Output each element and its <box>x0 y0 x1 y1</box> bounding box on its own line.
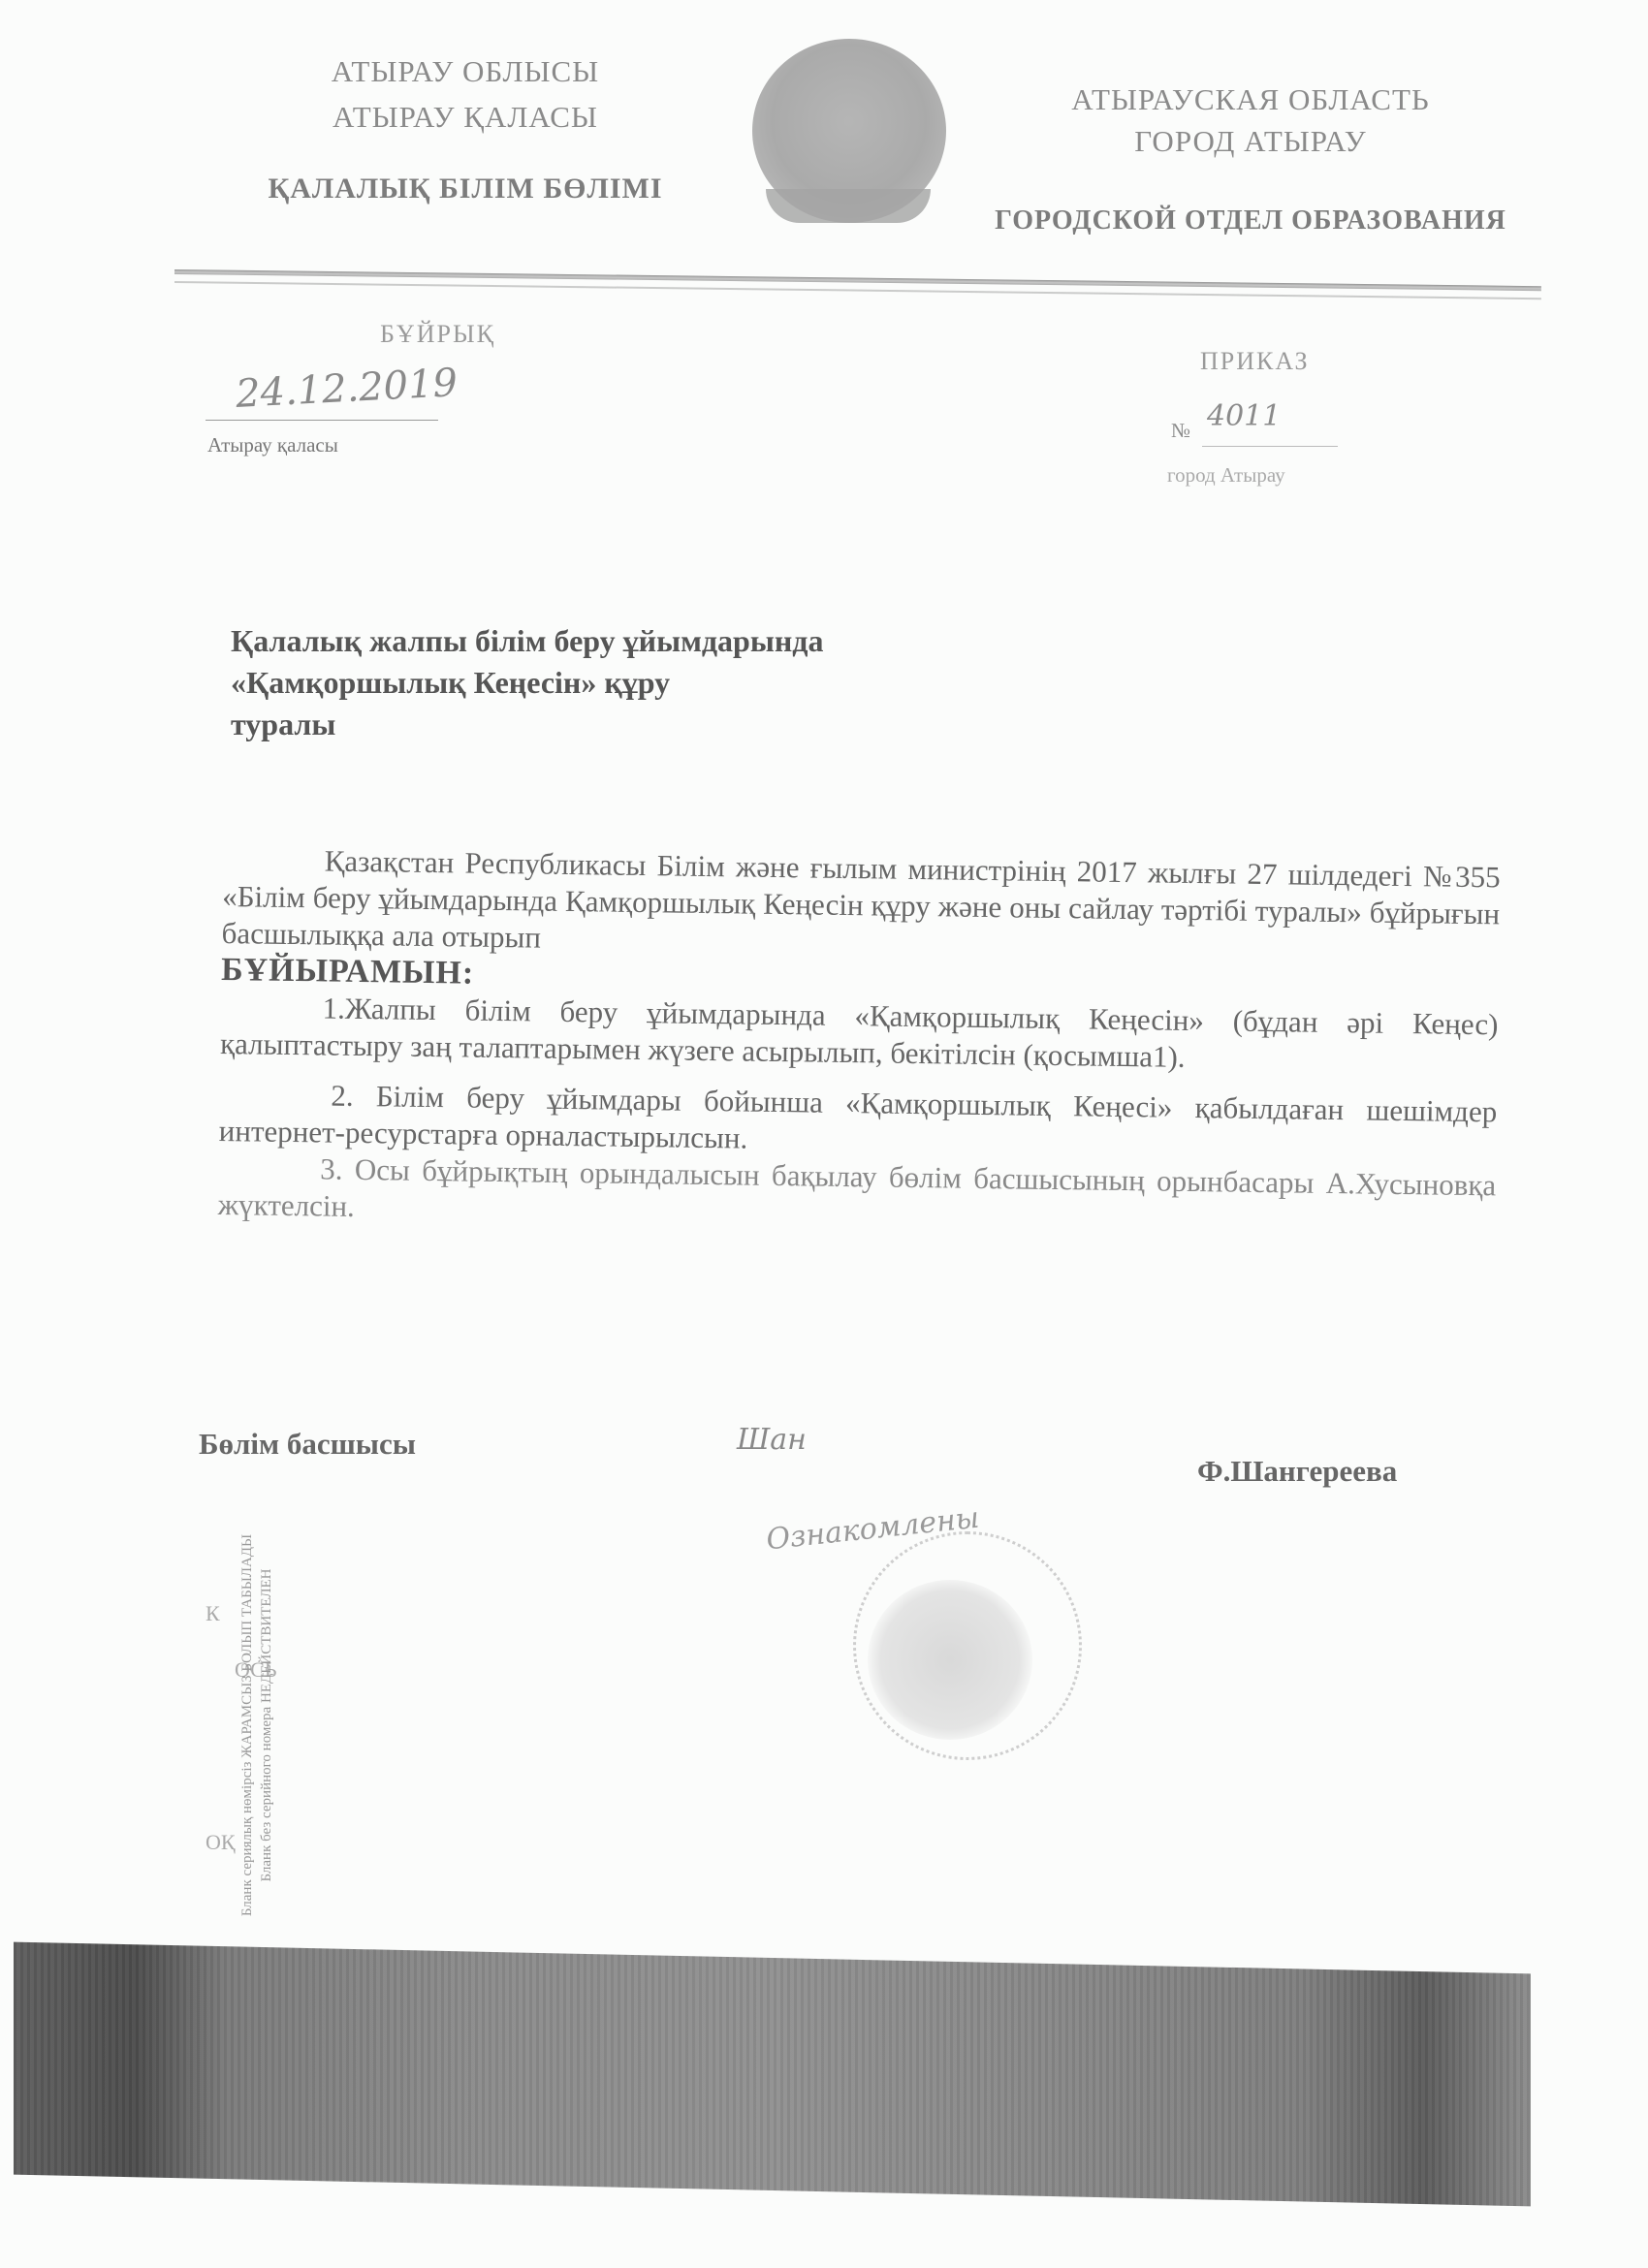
signatory-name: Ф.Шангереева <box>1197 1454 1397 1489</box>
header-right-region: АТЫРАУСКАЯ ОБЛАСТЬ <box>1037 82 1464 117</box>
stamp-emblem-icon <box>868 1580 1032 1740</box>
order-date: 24.12.2019 <box>235 361 459 417</box>
blank-validity-note-ru: Бланк без серийного номера НЕДЕЙСТВИТЕЛЕ… <box>257 1507 276 1943</box>
blank-validity-note-kz: Бланк сериялық нөмірсіз ЖАРАМСЫЗ БОЛЫП Т… <box>238 1507 257 1943</box>
order-number: 4011 <box>1207 399 1281 433</box>
blank-validity-note: Бланк сериялық нөмірсіз ЖАРАМСЫЗ БОЛЫП Т… <box>238 1507 276 1943</box>
order-title: Қалалық жалпы білім беру ұйымдарында «Қа… <box>231 620 823 745</box>
margin-mark-3: ОҚ <box>206 1830 236 1855</box>
number-underline <box>1202 446 1338 447</box>
signature-scribble: Шан <box>737 1423 807 1457</box>
header-right-department: ГОРОДСКОЙ ОТДЕЛ ОБРАЗОВАНИЯ <box>979 205 1522 236</box>
order-type-ru: ПРИКАЗ <box>1200 347 1310 376</box>
city-ru: город Атырау <box>1167 463 1285 488</box>
header-left-region: АТЫРАУ ОБЛЫСЫ <box>291 54 640 89</box>
city-kz: Атырау қаласы <box>207 433 338 457</box>
order-title-line-2: «Қамқоршылық Кеңесін» құру <box>231 662 823 704</box>
header-left-department: ҚАЛАЛЫҚ БІЛІМ БӨЛІМІ <box>262 173 669 205</box>
order-title-line-3: туралы <box>231 704 823 745</box>
preamble: Қазақстан Республикасы Білім және ғылым … <box>221 841 1500 969</box>
date-underline <box>206 420 438 421</box>
signatory-title: Бөлім басшысы <box>199 1427 416 1462</box>
header-left-city: АТЫРАУ ҚАЛАСЫ <box>291 100 640 135</box>
margin-mark-1: К <box>206 1601 220 1626</box>
state-emblem-base <box>766 189 931 223</box>
scan-artifact-band <box>14 1942 1531 2207</box>
header-right-city: ГОРОД АТЫРАУ <box>1086 124 1415 159</box>
header-divider <box>174 269 1541 291</box>
order-number-prefix: № <box>1171 419 1190 443</box>
order-body: Қазақстан Республикасы Білім және ғылым … <box>217 841 1500 1241</box>
order-title-line-1: Қалалық жалпы білім беру ұйымдарында <box>231 620 823 662</box>
order-type-kz: БҰЙРЫҚ <box>380 320 495 349</box>
